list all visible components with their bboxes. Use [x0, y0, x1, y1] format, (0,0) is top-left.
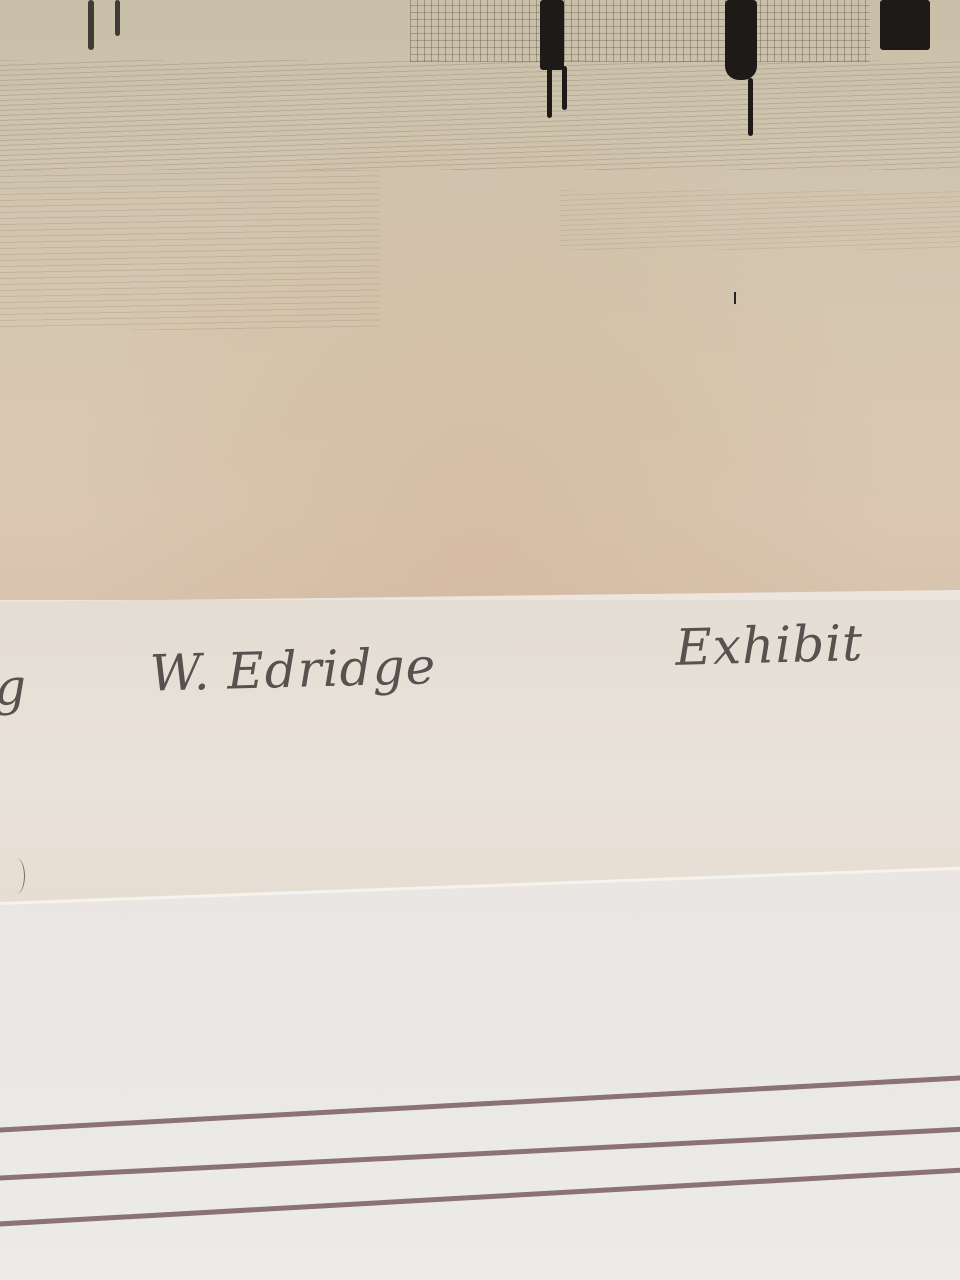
figure: [115, 0, 120, 36]
figure: [540, 0, 564, 70]
figure-leg: [562, 66, 567, 110]
inscription-right-fragment: Exhibit: [675, 614, 864, 677]
ink-mark: [734, 292, 736, 304]
etched-hatching: [560, 190, 960, 250]
artist-signature: W. Edridge: [149, 637, 437, 702]
figure: [725, 0, 757, 80]
pencil-mark: [8, 858, 25, 894]
etched-hatching: [0, 60, 960, 170]
etching-print: [0, 0, 960, 600]
figure: [880, 0, 930, 50]
figure: [88, 0, 94, 50]
inscription-left-fragment: g: [0, 658, 28, 717]
photograph: g W. Edridge Exhibit: [0, 0, 960, 1280]
fence: [410, 0, 870, 62]
figure-leg: [748, 78, 753, 136]
etched-hatching: [0, 170, 380, 330]
figure-leg: [547, 66, 552, 118]
mat-board: [0, 870, 960, 1280]
